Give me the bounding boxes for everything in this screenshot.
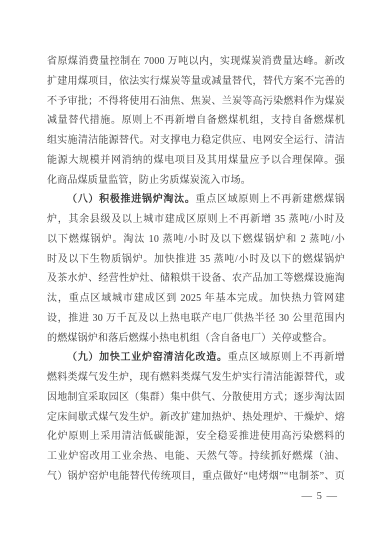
line-text: 以下燃煤锅炉。淘汰 10 蒸吨/小时及以下燃煤锅炉和 2 蒸吨/小 <box>47 234 345 245</box>
line-text: 组实施清洁能源替代。对支撑电力稳定供应、电网安全运行、清洁 <box>47 135 345 146</box>
text-line: 时及以下生物质锅炉。加快推进 35 蒸吨/小时及以下的燃煤锅炉 <box>47 250 345 270</box>
line-text: 减量替代措施。原则上不再新增自备燃煤机组，支持自备燃煤机 <box>47 115 345 126</box>
line-text: 炉，其余县级及以上城市建成区原则上不再新增 35 蒸吨/小时及 <box>47 214 345 225</box>
line-text: 定床间歇式煤气发生炉。新改扩建加热炉、热处理炉、干燥炉、熔 <box>47 412 345 423</box>
text-line: （九）加快工业炉窑清洁化改造。重点区域原则上不再新增 <box>47 348 345 368</box>
section-heading-9: （九）加快工业炉窑清洁化改造。 <box>67 352 228 363</box>
text-line: 扩建用煤项目，依法实行煤炭等量或减量替代，替代方案不完善的 <box>47 72 345 92</box>
text-line: 不予审批；不得将使用石油焦、焦炭、兰炭等高污染燃料作为煤炭 <box>47 92 345 112</box>
line-text: 省原煤消费量控制在 7000 万吨以内，实现煤炭消费量达峰。新改 <box>47 56 345 67</box>
line-text: 设，推进 30 万千瓦及以上热电联产电厂供热半径 30 公里范围内 <box>47 313 345 324</box>
line-text: 化商品煤质量监管，防止劣质煤炭流入市场。 <box>47 175 251 186</box>
text-line: 设，推进 30 万千瓦及以上热电联产电厂供热半径 30 公里范围内 <box>47 309 345 329</box>
text-line: 炉，其余县级及以上城市建成区原则上不再新增 35 蒸吨/小时及 <box>47 210 345 230</box>
text-line: 组实施清洁能源替代。对支撑电力稳定供应、电网安全运行、清洁 <box>47 131 345 151</box>
text-line: 工业炉窑改用工业余热、电能、天然气等。持续抓好燃煤（油、柴、 <box>47 447 345 467</box>
text-line: 及茶水炉、经营性炉灶、储粮烘干设备、农产品加工等燃煤设施淘 <box>47 269 345 289</box>
line-text: 化炉原则上采用清洁低碳能源，安全稳妥推进使用高污染燃料的 <box>47 431 345 442</box>
text-line: 化商品煤质量监管，防止劣质煤炭流入市场。 <box>47 171 345 191</box>
text-line: 因地制宜采取园区（集群）集中供气、分散使用方式；逐步淘汰固 <box>47 388 345 408</box>
text-line: 定床间歇式煤气发生炉。新改扩建加热炉、热处理炉、干燥炉、熔 <box>47 408 345 428</box>
line-text: 能源大规模并网消纳的煤电项目及其用煤量应予以合理保障。强 <box>47 155 345 166</box>
text-line: 气）锅炉窑炉电能替代传统项目，重点做好“电烤烟”“电制茶”、页 <box>47 467 345 487</box>
section-heading-8: （八）积极推进锅炉淘汰。 <box>67 194 196 205</box>
text-line: 化炉原则上采用清洁低碳能源，安全稳妥推进使用高污染燃料的 <box>47 427 345 447</box>
document-page: 省原煤消费量控制在 7000 万吨以内，实现煤炭消费量达峰。新改 扩建用煤项目，… <box>0 0 390 551</box>
line-text: 扩建用煤项目，依法实行煤炭等量或减量替代，替代方案不完善的 <box>47 76 345 87</box>
page-number: — 5 — <box>302 488 339 506</box>
text-line: 的燃煤锅炉和落后燃煤小热电机组（含自备电厂）关停或整合。 <box>47 329 345 349</box>
line-text: 燃料类煤气发生炉，现有燃料类煤气发生炉实行清洁能源替代，或 <box>47 372 345 383</box>
line-text: 汰，重点区域城市建成区到 2025 年基本完成。加快热力管网建 <box>47 293 345 304</box>
line-text: 时及以下生物质锅炉。加快推进 35 蒸吨/小时及以下的燃煤锅炉 <box>47 254 345 265</box>
text-line: 汰，重点区域城市建成区到 2025 年基本完成。加快热力管网建 <box>47 289 345 309</box>
line-text: 不予审批；不得将使用石油焦、焦炭、兰炭等高污染燃料作为煤炭 <box>47 96 345 107</box>
line-text: 气）锅炉窑炉电能替代传统项目，重点做好“电烤烟”“电制茶”、页 <box>47 471 345 482</box>
text-line: 省原煤消费量控制在 7000 万吨以内，实现煤炭消费量达峰。新改 <box>47 52 345 72</box>
line-text: 因地制宜采取园区（集群）集中供气、分散使用方式；逐步淘汰固 <box>47 392 345 403</box>
page-body: 省原煤消费量控制在 7000 万吨以内，实现煤炭消费量达峰。新改 扩建用煤项目，… <box>47 52 345 487</box>
text-line: （八）积极推进锅炉淘汰。重点区域原则上不再新建燃煤锅 <box>47 190 345 210</box>
line-text: 的燃煤锅炉和落后燃煤小热电机组（含自备电厂）关停或整合。 <box>47 333 333 344</box>
text-line: 燃料类煤气发生炉，现有燃料类煤气发生炉实行清洁能源替代，或 <box>47 368 345 388</box>
text-line: 减量替代措施。原则上不再新增自备燃煤机组，支持自备燃煤机 <box>47 111 345 131</box>
line-text: 重点区域原则上不再新建燃煤锅 <box>196 194 345 205</box>
line-text: 工业炉窑改用工业余热、电能、天然气等。持续抓好燃煤（油、柴、 <box>47 451 345 467</box>
line-text: 及茶水炉、经营性炉灶、储粮烘干设备、农产品加工等燃煤设施淘 <box>47 273 345 284</box>
line-text: 重点区域原则上不再新增 <box>228 352 345 363</box>
text-line: 能源大规模并网消纳的煤电项目及其用煤量应予以合理保障。强 <box>47 151 345 171</box>
text-line: 以下燃煤锅炉。淘汰 10 蒸吨/小时及以下燃煤锅炉和 2 蒸吨/小 <box>47 230 345 250</box>
